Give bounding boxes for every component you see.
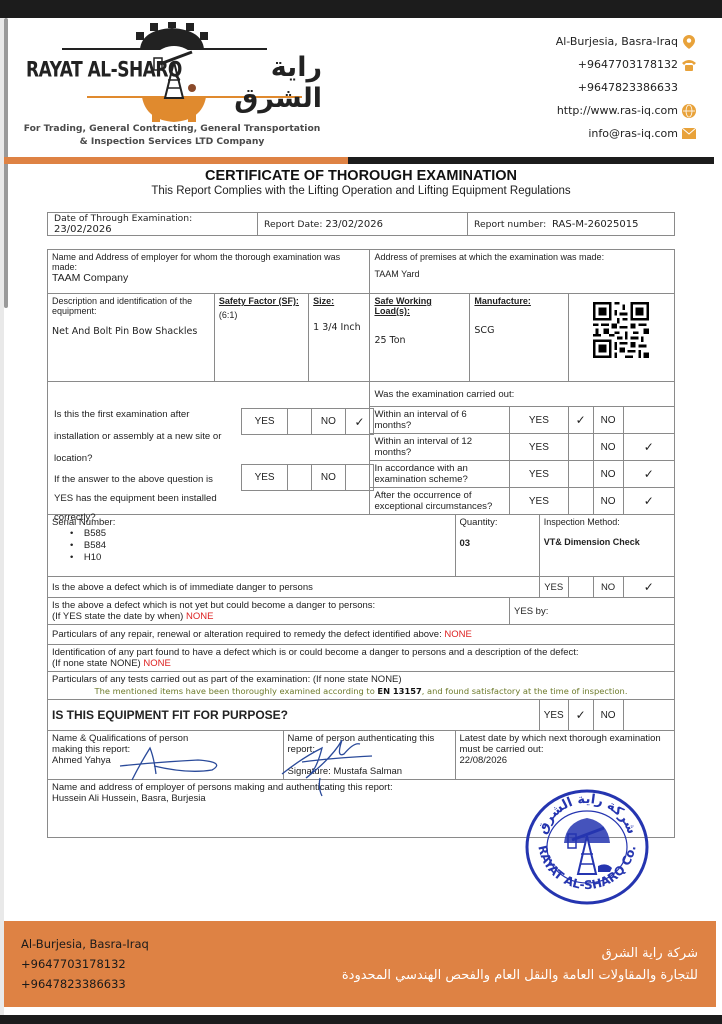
yes-checkbox[interactable] <box>568 434 593 461</box>
next-exam-label: Latest date by which next thorough exami… <box>460 733 671 755</box>
repair-value: NONE <box>444 629 471 640</box>
map-pin-icon <box>682 35 696 49</box>
manufacture-label: Manufacture: <box>474 296 563 306</box>
report-number-cell: Report number: RAS-M-26025015 <box>468 213 675 236</box>
future-danger-sub: (If YES state the date by when) <box>52 611 183 622</box>
quantity-value: 03 <box>460 538 535 549</box>
exam-date-value: 23/02/2026 <box>54 224 112 235</box>
no-label: NO <box>593 407 623 434</box>
tagline-line-2: & Inspection Services LTD Company <box>22 135 322 148</box>
inspection-method-cell: Inspection Method: VT& Dimension Check <box>539 515 674 577</box>
certificate-title: CERTIFICATE OF THOROUGH EXAMINATION <box>0 168 722 184</box>
footer-arabic-desc: للتجارة والمقاولات العامة والنقل العام و… <box>342 965 698 987</box>
yes-checkbox[interactable] <box>288 465 312 491</box>
tests-note: The mentioned items have been thoroughly… <box>52 686 670 697</box>
yes-label: YES <box>510 488 569 515</box>
quantity-cell: Quantity: 03 <box>455 515 539 577</box>
company-logo: RAYAT AL-SHARQ راية الشرق <box>22 22 322 122</box>
size-cell: Size: 1 3/4 Inch <box>309 294 370 382</box>
exam-scheme-question: In accordance with an examination scheme… <box>370 461 510 488</box>
phone-2-text[interactable]: +9647823386633 <box>578 76 678 99</box>
question-first-exam: Is this the first examination after inst… <box>54 404 232 470</box>
employer-cell: Name and Address of employer for whom th… <box>48 250 370 294</box>
bottom-bar <box>0 1015 722 1024</box>
yes-label: YES <box>510 461 569 488</box>
future-danger-value: NONE <box>186 611 213 622</box>
no-checkbox[interactable] <box>623 700 675 731</box>
top-bar <box>0 0 722 18</box>
no-checkbox[interactable]: ✓ <box>623 488 675 515</box>
no-checkbox[interactable]: ✓ <box>623 434 675 461</box>
footer-phone-2[interactable]: +9647823386633 <box>21 974 149 994</box>
tests-label: Particulars of any tests carried out as … <box>52 674 670 685</box>
globe-icon <box>682 104 696 118</box>
tests-note-standard: EN 13157 <box>377 686 421 696</box>
tagline-line-1: For Trading, General Contracting, Genera… <box>22 122 322 135</box>
no-label: NO <box>311 409 345 435</box>
no-label: NO <box>593 488 623 515</box>
identification-value: NONE <box>143 658 170 669</box>
yes-label: YES <box>242 465 288 491</box>
serial-item: • B585 <box>70 528 451 540</box>
yes-label: YES <box>539 700 568 731</box>
address-text: Al-Burjesia, Basra-Iraq <box>556 30 678 53</box>
fit-for-purpose-label: IS THIS EQUIPMENT FIT FOR PURPOSE? <box>52 708 288 722</box>
next-exam-cell: Latest date by which next thorough exami… <box>455 731 675 780</box>
future-danger-cell: Is the above a defect which is not yet b… <box>48 598 510 625</box>
next-exam-value: 22/08/2026 <box>460 755 671 766</box>
identification-cell: Identification of any part found to have… <box>48 645 675 672</box>
fit-for-purpose-question: IS THIS EQUIPMENT FIT FOR PURPOSE? <box>48 700 540 731</box>
first-exam-yes-no: YES NO ✓ <box>241 408 374 435</box>
website-link[interactable]: http://www.ras-iq.com <box>557 99 678 122</box>
contact-website[interactable]: http://www.ras-iq.com <box>556 99 696 122</box>
exam-heading-text: Was the examination carried out: <box>374 389 514 400</box>
report-number-value: RAS-M-26025015 <box>552 219 638 230</box>
yes-by-cell: YES by: <box>510 598 675 625</box>
exceptional-text: After the occurrence of exceptional circ… <box>374 490 492 512</box>
report-date-value: 23/02/2026 <box>325 219 383 230</box>
footer-arabic: شركة راية الشرق للتجارة والمقاولات العام… <box>342 943 698 987</box>
immediate-danger-text: Is the above a defect which is of immedi… <box>52 582 313 593</box>
signature-ahmed-yahya <box>118 744 228 784</box>
logo-text-ar: راية الشرق <box>208 52 322 114</box>
header-stripe-orange <box>4 157 348 164</box>
future-danger-label: Is the above a defect which is not yet b… <box>52 600 505 611</box>
size-label: Size: <box>313 296 365 306</box>
header-stripe-black <box>348 157 714 164</box>
equipment-desc-label: Description and identification of the eq… <box>52 296 210 316</box>
dates-table: Date of Through Examination: 23/02/2026 … <box>47 212 675 236</box>
qr-code-icon[interactable] <box>593 302 649 358</box>
yes-checkbox[interactable]: ✓ <box>568 700 593 731</box>
yes-checkbox[interactable]: ✓ <box>568 407 593 434</box>
no-checkbox[interactable]: ✓ <box>623 461 675 488</box>
yes-checkbox[interactable] <box>288 409 312 435</box>
contact-phone-1[interactable]: +9647703178132 <box>556 53 696 76</box>
telephone-icon <box>682 58 696 72</box>
contact-address: Al-Burjesia, Basra-Iraq <box>556 30 696 53</box>
immediate-danger-question: Is the above a defect which is of immedi… <box>48 577 540 598</box>
no-label: NO <box>593 434 623 461</box>
tests-cell: Particulars of any tests carried out as … <box>48 672 675 700</box>
repair-cell: Particulars of any repair, renewal or al… <box>48 625 675 645</box>
yes-label: YES <box>510 407 569 434</box>
employer-label: Name and Address of employer for whom th… <box>52 252 365 272</box>
serial-list: • B585• B584• H10 <box>70 528 451 564</box>
yes-checkbox[interactable] <box>568 577 593 598</box>
swl-value: 25 Ton <box>374 335 465 346</box>
interval-12-question: Within an interval of 12 months? <box>370 434 510 461</box>
premises-value: TAAM Yard <box>374 269 670 279</box>
contact-phone-2[interactable]: +9647823386633 <box>556 76 696 99</box>
no-label: NO <box>593 461 623 488</box>
email-link[interactable]: info@ras-iq.com <box>588 122 678 145</box>
footer-address: Al-Burjesia, Basra-Iraq <box>21 934 149 954</box>
size-value: 1 3/4 Inch <box>313 322 365 333</box>
equipment-desc-value: Net And Bolt Pin Bow Shackles <box>52 326 210 337</box>
first-exam-block: Is this the first examination after inst… <box>48 382 370 515</box>
exam-carried-out-heading: Was the examination carried out: <box>370 382 675 407</box>
no-checkbox[interactable]: ✓ <box>623 577 675 598</box>
tests-note-pre: The mentioned items have been thoroughly… <box>95 686 378 696</box>
interval-12-text: Within an interval of 12 months? <box>374 436 472 458</box>
envelope-icon <box>682 127 696 141</box>
footer-phone-1[interactable]: +9647703178132 <box>21 954 149 974</box>
yes-checkbox[interactable] <box>568 461 593 488</box>
installed-yes-no: YES NO <box>241 464 374 491</box>
yes-label: YES <box>539 577 568 598</box>
contact-email[interactable]: info@ras-iq.com <box>556 122 696 145</box>
contact-block: Al-Burjesia, Basra-Iraq +9647703178132 +… <box>556 30 696 145</box>
no-label: NO <box>593 577 623 598</box>
report-date-label: Report Date: <box>264 219 322 230</box>
exceptional-question: After the occurrence of exceptional circ… <box>370 488 510 515</box>
footer-band: Al-Burjesia, Basra-Iraq +9647703178132 +… <box>4 921 716 1007</box>
yes-label: YES <box>242 409 288 435</box>
safety-factor-cell: Safety Factor (SF): (6:1) <box>214 294 308 382</box>
no-label: NO <box>593 700 623 731</box>
no-checkbox[interactable] <box>623 407 675 434</box>
signature-mustafa-salman <box>272 728 382 798</box>
tests-note-post: , and found satisfactory at the time of … <box>422 686 628 696</box>
phone-1-text[interactable]: +9647703178132 <box>578 53 678 76</box>
logo-text-en: RAYAT AL-SHARQ <box>26 58 182 83</box>
no-checkbox[interactable]: ✓ <box>346 409 374 435</box>
identification-label: Identification of any part found to have… <box>52 647 670 658</box>
safety-factor-label: Safety Factor (SF): <box>219 296 304 306</box>
method-label: Inspection Method: <box>544 517 670 527</box>
repair-label: Particulars of any repair, renewal or al… <box>52 629 442 640</box>
interval-6-question: Within an interval of 6 months? <box>370 407 510 434</box>
report-number-label: Report number: <box>474 219 546 230</box>
premises-label: Address of premises at which the examina… <box>374 252 670 262</box>
question-installed-correctly: If the answer to the above question is Y… <box>54 470 232 527</box>
method-value: VT& Dimension Check <box>544 537 670 547</box>
employer-value: TAAM Company <box>52 272 365 284</box>
swl-label: Safe Working Load(s): <box>374 296 465 316</box>
exam-scheme-text: In accordance with an examination scheme… <box>374 463 467 485</box>
qr-code-cell <box>568 294 674 382</box>
manufacture-value: SCG <box>474 325 563 336</box>
serial-item: • B584 <box>70 540 451 552</box>
company-stamp-icon: شركة راية الشرق RAYAT AL-SHARQ Co. <box>524 788 650 906</box>
swl-cell: Safe Working Load(s): 25 Ton <box>370 294 470 382</box>
serial-item: • H10 <box>70 552 451 564</box>
footer-arabic-name: شركة راية الشرق <box>342 943 698 965</box>
yes-label: YES <box>510 434 569 461</box>
quantity-label: Quantity: <box>460 517 535 528</box>
interval-6-text: Within an interval of 6 months? <box>374 409 466 431</box>
no-checkbox[interactable] <box>346 465 374 491</box>
certificate-subtitle: This Report Complies with the Lifting Op… <box>0 185 722 197</box>
yes-checkbox[interactable] <box>568 488 593 515</box>
equipment-desc-cell: Description and identification of the eq… <box>48 294 215 382</box>
no-label: NO <box>311 465 345 491</box>
footer-contact: Al-Burjesia, Basra-Iraq +9647703178132 +… <box>21 934 149 994</box>
safety-factor-value: (6:1) <box>219 310 304 320</box>
yes-by-label: YES by: <box>514 606 548 617</box>
manufacture-cell: Manufacture: SCG <box>470 294 568 382</box>
premises-cell: Address of premises at which the examina… <box>370 250 675 294</box>
exam-date-label: Date of Through Examination: <box>54 213 192 224</box>
report-date-cell: Report Date: 23/02/2026 <box>258 213 468 236</box>
company-tagline: For Trading, General Contracting, Genera… <box>22 122 322 148</box>
exam-date-cell: Date of Through Examination: 23/02/2026 <box>48 213 258 236</box>
identification-sub: (If none state NONE) <box>52 658 141 669</box>
